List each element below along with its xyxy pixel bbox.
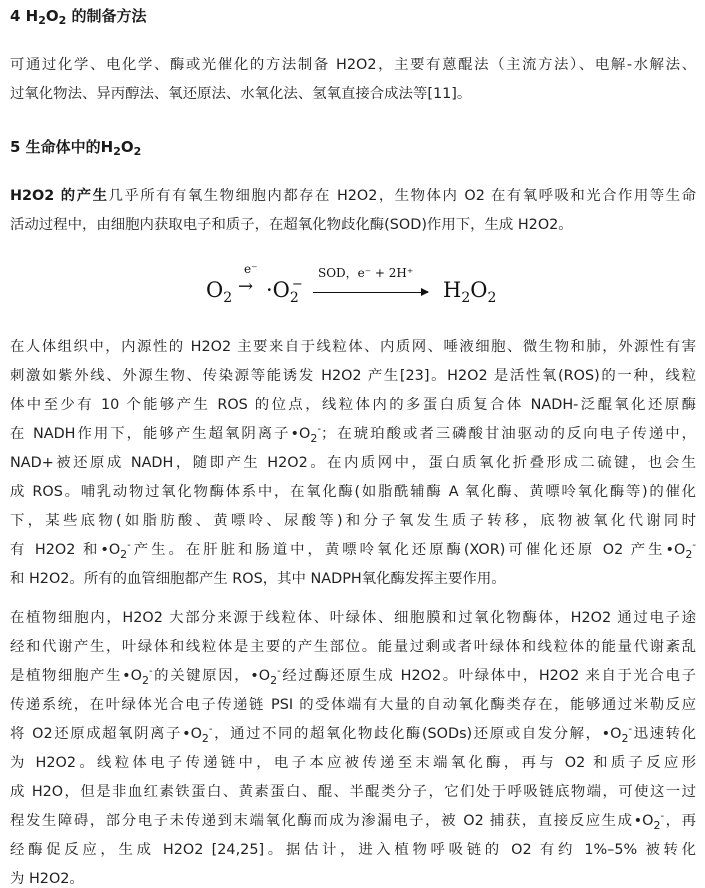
paragraph-line: 经酶促反应，生成 H2O2 [24,25]。据估计，进入植物呼吸链的 O2 有约… — [10, 836, 696, 865]
step1-label: e⁻ — [244, 262, 257, 276]
paragraph-line: 在植物细胞内，H2O2 大部分来源于线粒体、叶绿体、细胞膜和过氧化物酶体，H2O… — [10, 604, 696, 633]
reaction-equation: O2 e⁻ → ·O2− SOD，e⁻ + 2H⁺ H2O2 — [200, 262, 510, 312]
heading-text: 5 生命体中的H — [10, 138, 113, 156]
paragraph-line: 传递系统，在叶绿体光合电子传递链 PSI 的受体端有大量的自动氧化酶类存在，能够… — [10, 691, 696, 720]
subscript: 2 — [38, 14, 46, 27]
paragraph-line: 刺激如紫外线、外源生物、传染源等能诱发 H2O2 产生[23]。H2O2 是活性… — [10, 362, 696, 391]
h2o2-production-intro: H2O2 的产生几乎所有有氧生物细胞内都存在 H2O2，生物体内 O2 在有氧呼… — [10, 182, 696, 240]
animal-tissue-paragraph: 在人体组织中，内源性的 H2O2 主要来自于线粒体、内质网、唾液细胞、微生物和肺… — [10, 333, 696, 594]
paragraph-line: NAD+被还原成 NADH，随即产生 H2O2。在内质网中，蛋白质氧化折叠形成二… — [10, 449, 696, 478]
paragraph-line: 是植物细胞产生•O2-的关键原因，•O2-经过酶还原生成 H2O2。叶绿体中，H… — [10, 662, 696, 691]
paragraph-line: 过氧化物法、异丙醇法、氧还原法、水氧化法、氢氧直接合成法等[11]。 — [10, 80, 696, 109]
product-h2o2: H2O2 — [443, 278, 496, 302]
paragraph-line: 活动过程中，由细胞内获取电子和质子，在超氧化物歧化酶(SOD)作用下，生成 H2… — [10, 211, 696, 240]
paragraph-line: 成 ROS。哺乳动物过氧化物酶体系中，在氧化酶(如脂酰辅酶 A 氧化酶、黄嘌呤氧… — [10, 478, 696, 507]
paragraph-line: 将 O2还原成超氧阴离子•O2-，通过不同的超氧化物歧化酶(SODs)还原或自发… — [10, 720, 696, 749]
paragraph-line: H2O2 的产生几乎所有有氧生物细胞内都存在 H2O2，生物体内 O2 在有氧呼… — [10, 182, 696, 211]
subscript: 2 — [134, 145, 142, 158]
section-4-heading: 4 H2O2 的制备方法 — [10, 5, 147, 26]
paragraph-line: 有 H2O2 和•O2-产生。在肝脏和肠道中，黄嘌呤氧化还原酶(XOR)可催化还… — [10, 536, 696, 565]
subscript: 2 — [113, 145, 121, 158]
paragraph-line: 可通过化学、电化学、酶或光催化的方法制备 H2O2，主要有蒽醌法（主流方法）、电… — [10, 51, 696, 80]
heading-text: O — [46, 7, 59, 25]
paragraph-line: 在 NADH作用下，能够产生超氧阴离子•O2-；在琥珀酸或者三磷酸甘油驱动的反向… — [10, 420, 696, 449]
paragraph-line: 体中至少有 10 个能够产生 ROS 的位点，线粒体内的多蛋白质复合体 NADH… — [10, 391, 696, 420]
paragraph-line: 和 H2O2。所有的血管细胞都产生 ROS，其中 NADPH氧化酶发挥主要作用。 — [10, 565, 696, 594]
paragraph-line: 为 H2O2。线粒体电子传递链中，电子本应被传递至末端氧化酶，再与 O2 和质子… — [10, 749, 696, 778]
paragraph-line: 成 H2O，但是非血红素铁蛋白、黄素蛋白、醌、半醌类分子，它们处于呼吸链底物端，… — [10, 778, 696, 807]
article-page: 4 H2O2 的制备方法 可通过化学、电化学、酶或光催化的方法制备 H2O2，主… — [0, 0, 705, 888]
reactant-o2: O2 — [206, 278, 232, 302]
paragraph-line: 经和代谢产生，叶绿体和线粒体是主要的产生部位。能量过剩或者叶绿体和线粒体的能量代… — [10, 633, 696, 662]
arrow-icon: → — [238, 276, 253, 297]
heading-text: 的制备方法 — [66, 7, 146, 25]
plant-cell-paragraph: 在植物细胞内，H2O2 大部分来源于线粒体、叶绿体、细胞膜和过氧化物酶体，H2O… — [10, 604, 696, 888]
preparation-methods-paragraph: 可通过化学、电化学、酶或光催化的方法制备 H2O2，主要有蒽醌法（主流方法）、电… — [10, 51, 696, 109]
paragraph-line: 下，某些底物(如脂肪酸、黄嘌呤、尿酸等)和分子氧发生质子转移，底物被氧化代谢同时 — [10, 507, 696, 536]
text: 几乎所有有氧生物细胞内都存在 H2O2，生物体内 O2 在有氧呼吸和光合作用等生… — [108, 188, 696, 204]
section-5-heading: 5 生命体中的H2O2 — [10, 136, 141, 157]
paragraph-line: 为 H2O2。 — [10, 865, 696, 888]
heading-text: O — [121, 138, 134, 156]
paragraph-line: 在人体组织中，内源性的 H2O2 主要来自于线粒体、内质网、唾液细胞、微生物和肺… — [10, 333, 696, 362]
heading-text: 4 H — [10, 7, 38, 25]
paragraph-line: 程发生障碍，部分电子未传递到末端氧化酶而成为渗漏电子，被 O2 捕获，直接反应生… — [10, 807, 696, 836]
step2-label: SOD，e⁻ + 2H⁺ — [318, 264, 413, 281]
long-arrow-icon — [313, 292, 428, 293]
superoxide-intermediate: ·O2− — [266, 278, 303, 302]
bold-label: H2O2 的产生 — [10, 188, 108, 204]
